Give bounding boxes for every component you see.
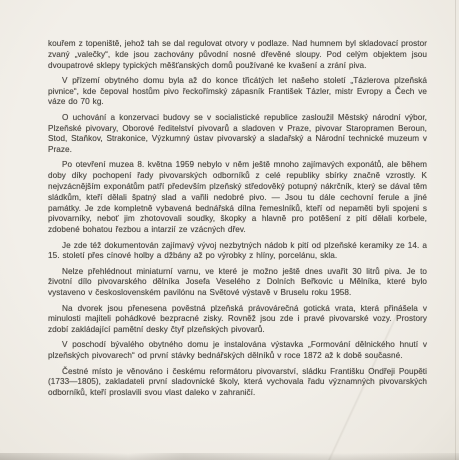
- document-page: kouřem z topeniště, jehož tah se dal reg…: [0, 0, 459, 460]
- scan-crease: [269, 310, 459, 460]
- paragraph: Po otevření muzea 8. května 1959 nebylo …: [48, 160, 427, 236]
- scan-edge-line: [455, 0, 456, 460]
- scan-bottom-shadow: [0, 453, 459, 460]
- paragraph: kouřem z topeniště, jehož tah se dal reg…: [48, 39, 427, 71]
- paragraph: O uchování a konzervaci budovy se v soci…: [48, 113, 427, 156]
- paragraph: V přízemí obytného domu byla až do konce…: [48, 76, 427, 108]
- paragraph: Je zde též dokumentován zajímavý vývoj n…: [48, 241, 427, 263]
- paragraph: Nelze přehlédnout miniaturní varnu, ve k…: [48, 267, 427, 299]
